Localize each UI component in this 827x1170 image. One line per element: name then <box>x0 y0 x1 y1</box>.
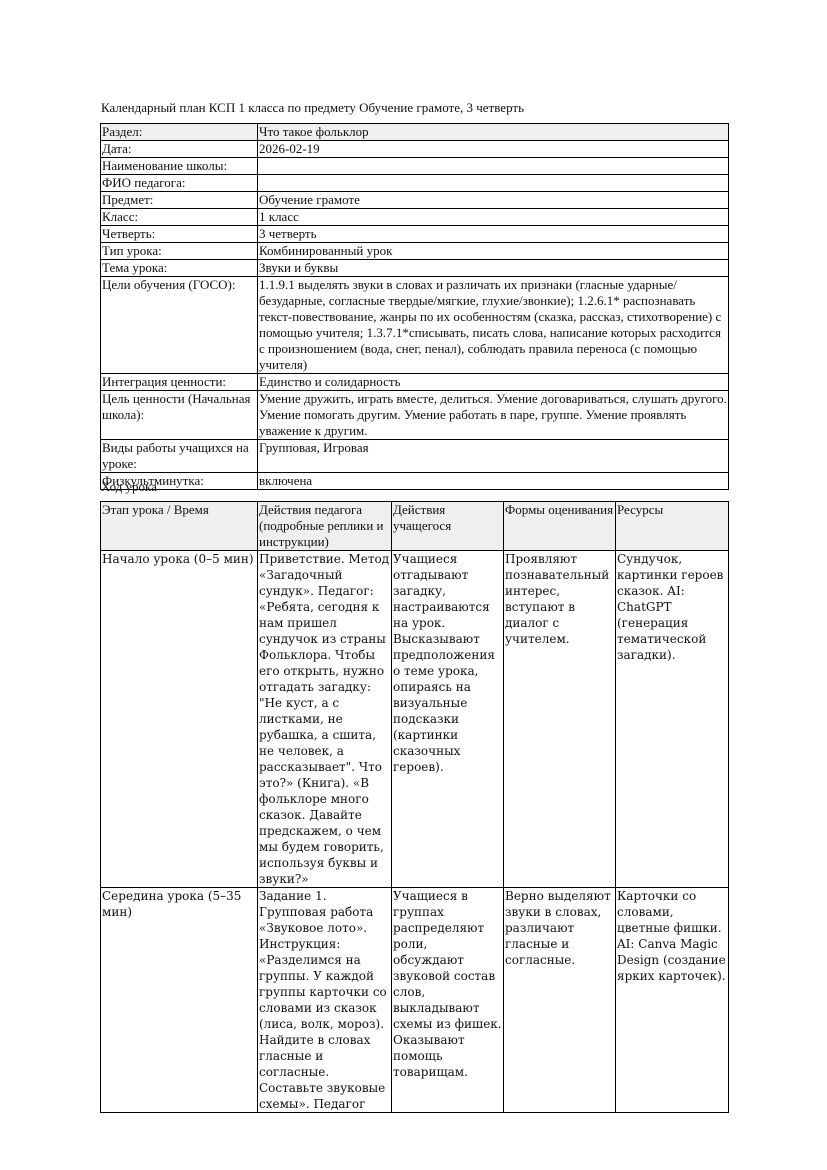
info-label: ФИО педагога: <box>101 175 258 192</box>
info-label: Интеграция ценности: <box>101 374 258 391</box>
info-value: Что такое фольклор <box>258 124 729 141</box>
info-row-quarter: Четверть: 3 четверть <box>101 226 729 243</box>
info-row-school: Наименование школы: <box>101 158 729 175</box>
info-value: Умение дружить, играть вместе, делиться.… <box>258 391 729 440</box>
column-header-stage: Этап урока / Время <box>101 502 258 551</box>
document-title: Календарный план КСП 1 класса по предмет… <box>101 100 524 116</box>
teacher-actions-cell: Приветствие. Метод «Загадочный сундук». … <box>258 551 392 888</box>
info-value: Групповая, Игровая <box>258 440 729 473</box>
column-header-resources: Ресурсы <box>616 502 729 551</box>
info-row-exercise-break: Физкультминутка: включена <box>101 473 729 490</box>
lesson-info-table: Раздел: Что такое фольклор Дата: 2026-02… <box>100 123 729 490</box>
info-value: Звуки и буквы <box>258 260 729 277</box>
info-label: Четверть: <box>101 226 258 243</box>
info-value <box>258 158 729 175</box>
info-row-learning-goals: Цели обучения (ГОСО): 1.1.9.1 выделять з… <box>101 277 729 374</box>
info-label: Класс: <box>101 209 258 226</box>
student-actions-cell: Учащиеся отгадывают загадку, настраивают… <box>392 551 504 888</box>
lesson-flow-heading: Ход урока <box>101 479 157 495</box>
info-row-topic: Тема урока: Звуки и буквы <box>101 260 729 277</box>
info-row-teacher: ФИО педагога: <box>101 175 729 192</box>
info-value: включена <box>258 473 729 490</box>
info-row-value-integration: Интеграция ценности: Единство и солидарн… <box>101 374 729 391</box>
student-actions-cell: Учащиеся в группах распределяют роли, об… <box>392 888 504 1113</box>
info-value: Обучение грамоте <box>258 192 729 209</box>
info-value: Комбинированный урок <box>258 243 729 260</box>
assessment-cell: Верно выделяют звуки в словах, различают… <box>504 888 616 1113</box>
info-label: Тип урока: <box>101 243 258 260</box>
info-label: Виды работы учащихся на уроке: <box>101 440 258 473</box>
info-row-subject: Предмет: Обучение грамоте <box>101 192 729 209</box>
info-label: Цель ценности (Начальная школа): <box>101 391 258 440</box>
lesson-flow-table: Этап урока / Время Действия педагога (по… <box>100 501 729 1113</box>
info-label: Дата: <box>101 141 258 158</box>
info-value: 3 четверть <box>258 226 729 243</box>
info-label: Тема урока: <box>101 260 258 277</box>
info-value: 2026-02-19 <box>258 141 729 158</box>
teacher-actions-cell: Задание 1. Групповая работа «Звуковое ло… <box>258 888 392 1113</box>
column-header-teacher-actions: Действия педагога (подробные реплики и и… <box>258 502 392 551</box>
assessment-cell: Проявляют познавательный интерес, вступа… <box>504 551 616 888</box>
info-label: Цели обучения (ГОСО): <box>101 277 258 374</box>
info-row-class: Класс: 1 класс <box>101 209 729 226</box>
table-row: Середина урока (5–35 мин) Задание 1. Гру… <box>101 888 729 1113</box>
info-row-section: Раздел: Что такое фольклор <box>101 124 729 141</box>
info-row-date: Дата: 2026-02-19 <box>101 141 729 158</box>
info-label: Раздел: <box>101 124 258 141</box>
info-row-work-types: Виды работы учащихся на уроке: Групповая… <box>101 440 729 473</box>
info-row-value-goal: Цель ценности (Начальная школа): Умение … <box>101 391 729 440</box>
stage-cell: Середина урока (5–35 мин) <box>101 888 258 1113</box>
lesson-table-header: Этап урока / Время Действия педагога (по… <box>101 502 729 551</box>
resources-cell: Карточки со словами, цветные фишки. AI: … <box>616 888 729 1113</box>
info-value: 1 класс <box>258 209 729 226</box>
column-header-student-actions: Действия учащегося <box>392 502 504 551</box>
table-row: Начало урока (0–5 мин) Приветствие. Мето… <box>101 551 729 888</box>
info-value <box>258 175 729 192</box>
info-value: Единство и солидарность <box>258 374 729 391</box>
info-label: Наименование школы: <box>101 158 258 175</box>
column-header-assessment: Формы оценивания <box>504 502 616 551</box>
info-value: 1.1.9.1 выделять звуки в словах и различ… <box>258 277 729 374</box>
info-row-lesson-type: Тип урока: Комбинированный урок <box>101 243 729 260</box>
resources-cell: Сундучок, картинки героев сказок. AI: Ch… <box>616 551 729 888</box>
info-label: Предмет: <box>101 192 258 209</box>
stage-cell: Начало урока (0–5 мин) <box>101 551 258 888</box>
